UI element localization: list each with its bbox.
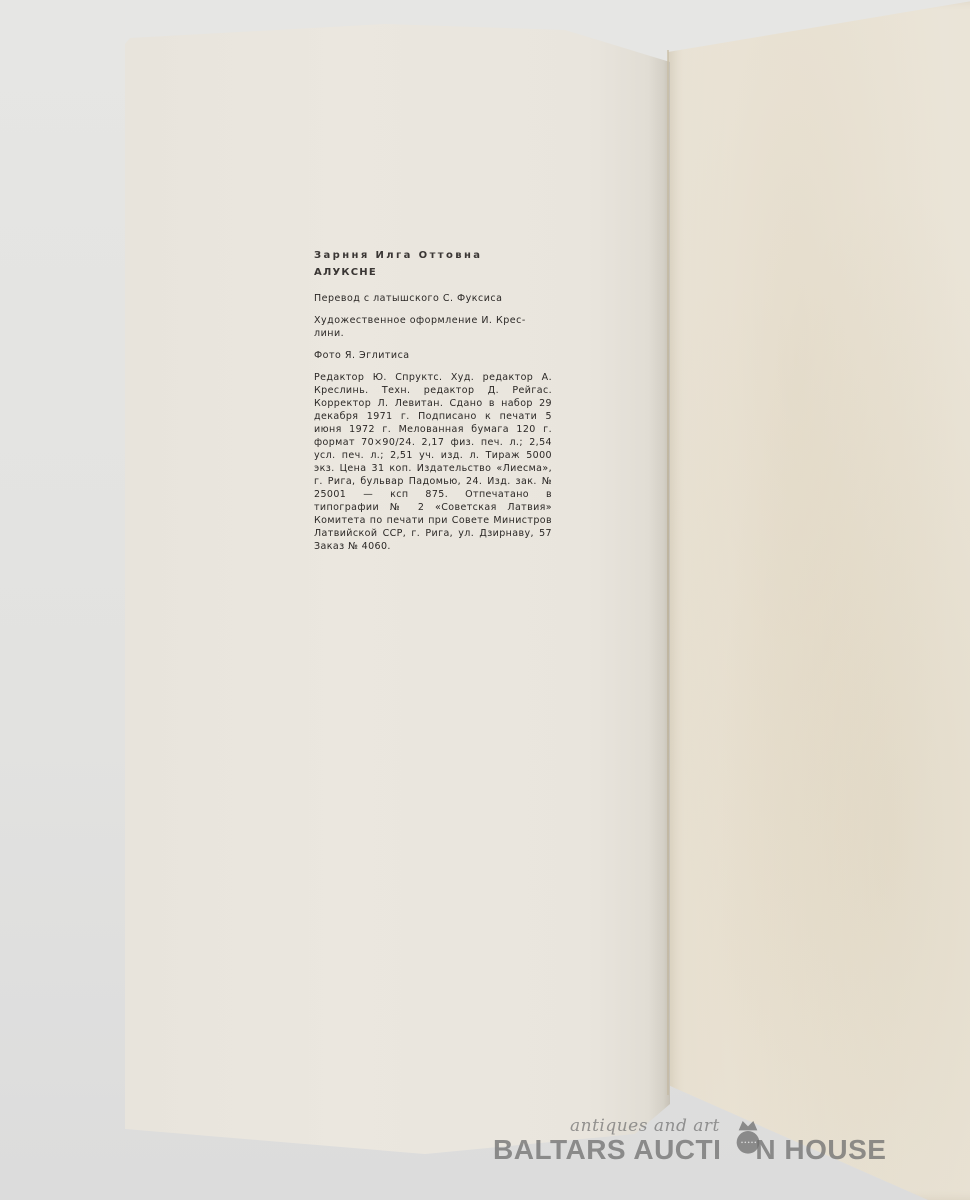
translation-credit: Перевод с латышского С. Фуксиса — [314, 292, 554, 305]
watermark-name-start: BALTARS AUCTI — [493, 1134, 721, 1165]
book-spine — [667, 50, 669, 1095]
design-credit: Художественное оформление И. Крес- лини. — [314, 314, 554, 340]
crown-orb-icon — [728, 1117, 768, 1157]
right-page — [668, 0, 970, 1200]
left-page — [125, 24, 670, 1154]
auction-house-watermark: antiques and art BALTARS AUCTIN HOUSE — [493, 1116, 893, 1176]
watermark-tagline: antiques and art — [570, 1116, 720, 1136]
photo-credit: Фото Я. Эглитиса — [314, 349, 554, 362]
watermark-name: BALTARS AUCTIN HOUSE — [493, 1134, 886, 1166]
paper-texture — [668, 0, 970, 1200]
photo-scene: Зарння Илга Оттовна АЛУКСНЕ Перевод с ла… — [0, 0, 970, 1200]
book-title: АЛУКСНЕ — [314, 267, 554, 278]
imprint-details: Редактор Ю. Спруктс. Худ. редактор А. Кр… — [314, 371, 552, 553]
author-name: Зарння Илга Оттовна — [314, 250, 554, 261]
colophon-block: Зарння Илга Оттовна АЛУКСНЕ Перевод с ла… — [314, 250, 554, 553]
watermark-name-end: N HOUSE — [755, 1134, 886, 1165]
